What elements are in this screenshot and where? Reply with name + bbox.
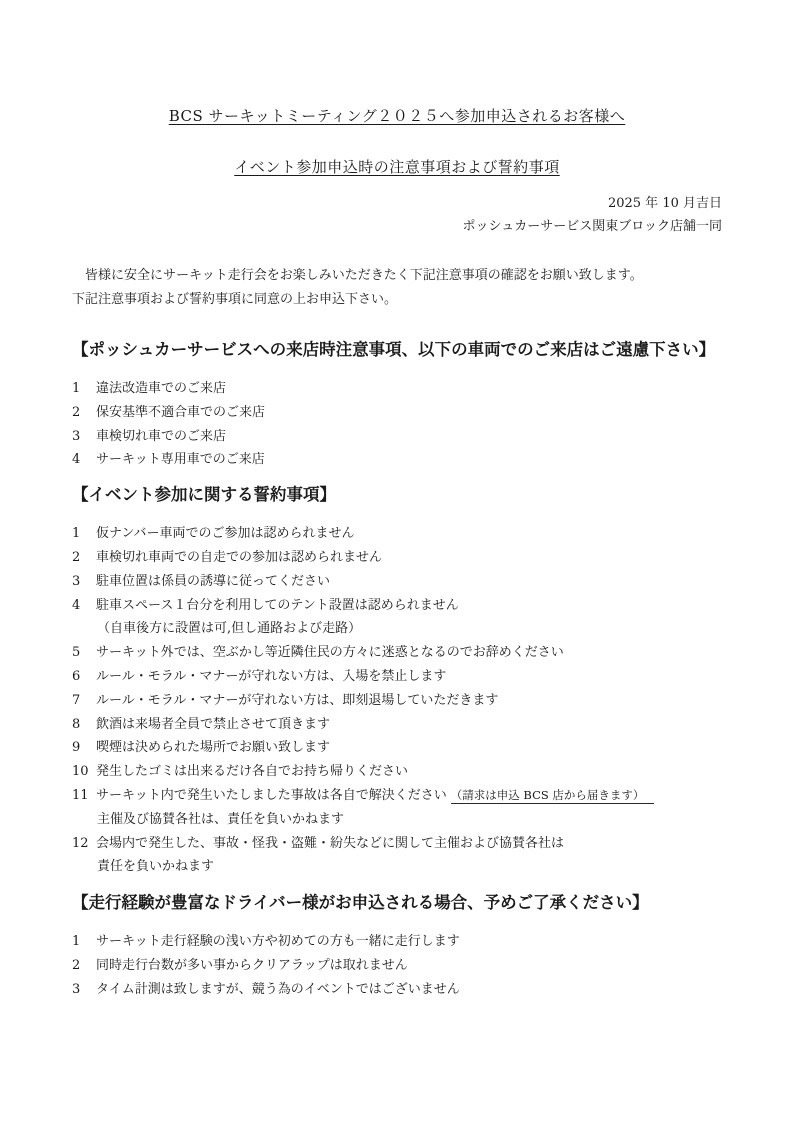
list-item: 10発生したゴミは出来るだけ各自でお持ち帰りください — [72, 760, 722, 784]
item-text: 車検切れ車でのご来店 — [96, 429, 226, 444]
item-text: 駐車スペース１台分を利用してのテント設置は認められません — [96, 598, 459, 613]
intro-paragraph: 皆様に安全にサーキット走行会をお楽しみいただきたく下記注意事項の確認をお願い致し… — [72, 264, 722, 312]
item-number: 12 — [72, 832, 96, 856]
item-text: 喫煙は決められた場所でお願い致します — [96, 740, 330, 755]
list-item: 11サーキット内で発生いたしました事故は各自で解決ください（請求は申込 BCS … — [72, 784, 722, 808]
item-number: 6 — [72, 665, 96, 689]
page-subtitle: イベント参加申込時の注意事項および誓約事項 — [72, 157, 722, 178]
list-item: 2同時走行台数が多い事からクリアラップは取れません — [72, 954, 722, 978]
item-text: 保安基準不適合車でのご来店 — [96, 405, 265, 420]
list-item: 5サーキット外では、空ぶかし等近隣住民の方々に迷惑となるのでお辞めください — [72, 641, 722, 665]
item-text: 飲酒は来場者全員で禁止させて頂きます — [96, 717, 330, 732]
list-item: 3車検切れ車でのご来店 — [72, 425, 722, 449]
list-item: 7ルール・モラル・マナーが守れない方は、即刻退場していただきます — [72, 689, 722, 713]
item-text: 仮ナンバー車両でのご参加は認められません — [96, 526, 354, 541]
item-number: 2 — [72, 546, 96, 570]
item-text: 違法改造車でのご来店 — [96, 381, 226, 396]
item-text: 発生したゴミは出来るだけ各自でお持ち帰りください — [96, 764, 408, 779]
item-number: 4 — [72, 448, 96, 472]
list-pledge: 1仮ナンバー車両でのご参加は認められません 2車検切れ車両での自走での参加は認め… — [72, 522, 722, 879]
item-number: 9 — [72, 736, 96, 760]
list-item: 9喫煙は決められた場所でお願い致します — [72, 736, 722, 760]
item-text: サーキット専用車でのご来店 — [96, 452, 265, 467]
item-text: サーキット外では、空ぶかし等近隣住民の方々に迷惑となるのでお辞めください — [96, 645, 564, 660]
page-title-text: BCS サーキットミーティング２０２５へ参加申込されるお客様へ — [169, 107, 626, 125]
item-text: 駐車位置は係員の誘導に従ってください — [96, 574, 330, 589]
list-item-continuation: 責任を負いかねます — [72, 855, 722, 879]
list-item: 6ルール・モラル・マナーが守れない方は、入場を禁止します — [72, 665, 722, 689]
item-number: 7 — [72, 689, 96, 713]
item-text: 会場内で発生した、事故・怪我・盗難・紛失などに関して主催および協賛各社は — [96, 836, 564, 851]
list-item: 3駐車位置は係員の誘導に従ってください — [72, 570, 722, 594]
item-number: 10 — [72, 760, 96, 784]
item-number: 1 — [72, 377, 96, 401]
list-item: 2車検切れ車両での自走での参加は認められません — [72, 546, 722, 570]
item-number: 8 — [72, 713, 96, 737]
section-heading-experienced-drivers: 【走行経験が豊富なドライバー様がお申込される場合、予めご了承ください】 — [72, 892, 722, 914]
page-subtitle-text: イベント参加申込時の注意事項および誓約事項 — [234, 158, 560, 176]
item-number: 3 — [72, 570, 96, 594]
list-item: 1サーキット走行経験の浅い方や初めての方も一緒に走行します — [72, 930, 722, 954]
sender-line: ポッシュカーサービス関東ブロック店舗一同 — [72, 214, 722, 240]
intro-line: 下記注意事項および誓約事項に同意の上お申込下さい。 — [72, 288, 722, 312]
item-number: 3 — [72, 978, 96, 1002]
list-store-visit: 1違法改造車でのご来店 2保安基準不適合車でのご来店 3車検切れ車でのご来店 4… — [72, 377, 722, 472]
item-number: 2 — [72, 401, 96, 425]
list-experienced-drivers: 1サーキット走行経験の浅い方や初めての方も一緒に走行します 2同時走行台数が多い… — [72, 930, 722, 1001]
item-text: サーキット内で発生いたしました事故は各自で解決ください — [96, 788, 447, 803]
item-text: 車検切れ車両での自走での参加は認められません — [96, 550, 382, 565]
list-item: 1仮ナンバー車両でのご参加は認められません — [72, 522, 722, 546]
section-heading-pledge: 【イベント参加に関する誓約事項】 — [72, 484, 722, 506]
list-item: 2保安基準不適合車でのご来店 — [72, 401, 722, 425]
item-number: 1 — [72, 930, 96, 954]
list-item: 12会場内で発生した、事故・怪我・盗難・紛失などに関して主催および協賛各社は — [72, 832, 722, 856]
item-text: ルール・モラル・マナーが守れない方は、即刻退場していただきます — [96, 693, 498, 708]
section-heading-store-visit: 【ポッシュカーサービスへの来店時注意事項、以下の車両でのご来店はご遠慮下さい】 — [72, 339, 722, 361]
list-item: 3タイム計測は致しますが、競う為のイベントではございません — [72, 978, 722, 1002]
list-item: 1違法改造車でのご来店 — [72, 377, 722, 401]
list-item: 4駐車スペース１台分を利用してのテント設置は認められません — [72, 594, 722, 618]
page-title: BCS サーキットミーティング２０２５へ参加申込されるお客様へ — [72, 106, 722, 127]
item-number: 5 — [72, 641, 96, 665]
list-item-continuation: （自車後方に設置は可,但し通路および走路） — [72, 617, 722, 641]
date-line: 2025 年 10 月吉日 — [72, 193, 722, 214]
item-number: 3 — [72, 425, 96, 449]
list-item-continuation: 主催及び協賛各社は、責任を負いかねます — [72, 808, 722, 832]
item-number: 2 — [72, 954, 96, 978]
item-note-underlined: （請求は申込 BCS 店から届きます） — [451, 788, 655, 804]
item-number: 4 — [72, 594, 96, 618]
list-item: 4サーキット専用車でのご来店 — [72, 448, 722, 472]
item-number: 1 — [72, 522, 96, 546]
item-text: タイム計測は致しますが、競う為のイベントではございません — [96, 982, 460, 997]
document-page: BCS サーキットミーティング２０２５へ参加申込されるお客様へ イベント参加申込… — [0, 0, 794, 1123]
item-text: 同時走行台数が多い事からクリアラップは取れません — [96, 958, 408, 973]
item-text: ルール・モラル・マナーが守れない方は、入場を禁止します — [96, 669, 446, 684]
item-text: サーキット走行経験の浅い方や初めての方も一緒に走行します — [96, 934, 460, 949]
item-number: 11 — [72, 784, 96, 808]
intro-line: 皆様に安全にサーキット走行会をお楽しみいただきたく下記注意事項の確認をお願い致し… — [72, 264, 722, 288]
list-item: 8飲酒は来場者全員で禁止させて頂きます — [72, 713, 722, 737]
